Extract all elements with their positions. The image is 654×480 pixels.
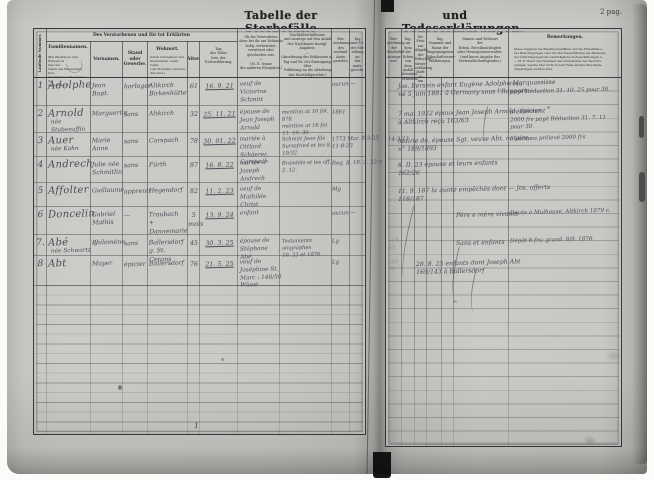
cell-court-note: aucun — bbox=[332, 209, 384, 218]
cell-surname: Andrech bbox=[48, 157, 94, 172]
paper-speck bbox=[118, 385, 122, 390]
header-divider bbox=[426, 29, 427, 77]
paper-stain bbox=[605, 350, 623, 362]
cell-age: 78 bbox=[188, 137, 200, 146]
cell-firstname: Julie née Schmitlin bbox=[92, 161, 124, 179]
cell-residence: Hegendorf bbox=[149, 186, 189, 195]
right-entry-row-5: 11. 9. 187 la quote empêchés dont — Jos.… bbox=[386, 182, 621, 206]
paper-speck bbox=[221, 358, 224, 361]
cell-occupation: — bbox=[124, 212, 149, 221]
column-header-nachlass: Nachlaßverhältnisse und sonstige auf den… bbox=[281, 33, 334, 77]
header-divider bbox=[508, 29, 509, 77]
binding-clip-bottom bbox=[373, 452, 391, 478]
cell-residence: Ballersdorf bbox=[149, 259, 189, 268]
cell-row-number: 1 bbox=[35, 80, 46, 92]
column-header-erklaerungen: Tag, Nummer und Name der eingegangenen E… bbox=[427, 37, 453, 64]
cell-marital-status: enfant bbox=[240, 209, 284, 218]
cell-register-date: 117 93 bbox=[388, 237, 446, 253]
header-divider bbox=[90, 41, 91, 77]
cell-surname: Adolphe bbox=[48, 78, 94, 93]
cell-death-date: 13. 9. 24 bbox=[201, 210, 238, 220]
header-divider bbox=[122, 41, 123, 77]
cell-remark: reçu payé Réduction 31. 10. 25 pour 30. bbox=[510, 78, 620, 96]
cell-row-number: 8 bbox=[35, 258, 46, 270]
entry-row-7: 7. Abé née Schwartz Philomène sans Balle… bbox=[34, 234, 365, 256]
cell-estate-note: Brandels et les off. 2. 12. bbox=[282, 159, 334, 174]
cell-occupation: sans bbox=[124, 111, 149, 120]
column-header-amtsgericht: Bez- zeichnung des zuständ. Amts- gerich… bbox=[333, 37, 349, 64]
cell-firstname: Mayer bbox=[92, 260, 124, 269]
cell-residence: Traubach + Dannemarie bbox=[149, 210, 190, 236]
cell-court-note: 1773 Mar. 8-3-23 11-8-23 bbox=[332, 135, 384, 151]
cell-firstname: Jean Bapt. bbox=[92, 82, 124, 100]
cell-heirs: 28. 8. 25 enfants dont Joseph Abt 169/14… bbox=[416, 255, 642, 278]
cell-court-note: 1861 bbox=[332, 108, 384, 117]
column-header-anzeige: Bez- zeichnung der Sterbefall- anzeige u… bbox=[387, 37, 401, 64]
stray-handwritten-mark: 1 bbox=[194, 421, 199, 432]
cell-death-date: 11. 2. 23 bbox=[201, 186, 238, 196]
cell-death-date: 30. 3. 25 bbox=[201, 238, 238, 248]
column-header-familienstand: Ob die Verstorbene ohne bei ihr am Wohns… bbox=[239, 35, 283, 70]
cell-age: 87 bbox=[188, 161, 200, 170]
cell-estate-note: Schmitt Jean fils Surssfried et les 8. 1… bbox=[282, 135, 335, 157]
cell-heirs: 11. 9. 187 la quote empêchés dont — Jos.… bbox=[398, 182, 624, 205]
cell-remark: Décès à Mulhouse, Altkirch 1879 c. bbox=[510, 207, 620, 218]
cell-death-date: 21. 5. 25 bbox=[201, 259, 238, 269]
column-header-erben-namen: Namen und Wohnort der Erben, Bevollmächt… bbox=[455, 37, 505, 64]
column-header-vornamen: Vornamen. bbox=[91, 57, 122, 63]
cell-marital-status: épouse de Jean Joseph Arnold bbox=[240, 108, 285, 133]
cell-court-note: Mg bbox=[332, 185, 384, 194]
cell-residence: Carspach bbox=[149, 136, 189, 145]
column-header-bemerkungen-note: Diese Angaben bei Beteiligungsfällen und… bbox=[514, 47, 616, 71]
right-entry-row-1: Jos. Bersein enfant Eugène Adolphe Marqu… bbox=[386, 77, 621, 105]
entry-row-5: 5 Affolter Guillaume apprenti Hegendorf … bbox=[34, 182, 365, 207]
column-header-alter: Alter. bbox=[187, 57, 199, 63]
cell-occupation: épicier bbox=[124, 261, 149, 270]
cell-court-note: Lg bbox=[332, 237, 384, 246]
cell-occupation: sans bbox=[124, 240, 149, 249]
cell-court-note: Lg bbox=[332, 258, 384, 267]
cell-occupation: sans bbox=[124, 162, 149, 171]
column-header-wohnort-note: (Nach Ortsnamen und Kreisnamen, wenn bei… bbox=[150, 55, 186, 75]
cell-death-date: 30. 01. 22 bbox=[201, 136, 238, 146]
header-divider bbox=[279, 29, 280, 77]
header-divider bbox=[349, 29, 350, 77]
scanned-register-page: Tabelle der Sterbefälle und Todeserkläru… bbox=[0, 0, 654, 480]
entry-row-6: 6 Doncelin Gabriel Mathis — Traubach + D… bbox=[34, 206, 365, 235]
group-header-rule bbox=[46, 41, 237, 42]
right-table-header: Bez- zeichnung der Sterbefall- anzeige u… bbox=[386, 29, 621, 78]
column-header-kenntnis: Tag, an dem die Erben von dem Anfall Ken… bbox=[402, 37, 414, 81]
cell-surname-note: née Kahn bbox=[51, 145, 95, 154]
cell-row-number: 3 bbox=[35, 135, 46, 147]
header-divider bbox=[453, 29, 454, 77]
right-entry-row-3: 14-3-23 Mairie de, épouse Sgt. veuve Abt… bbox=[386, 132, 621, 156]
cell-firstname: Marguerite bbox=[92, 110, 124, 119]
page-number: 2 pag. bbox=[600, 8, 622, 16]
cell-age: 82 bbox=[188, 187, 200, 196]
entry-row-4: 4 Andrech Julie née Schmitlin sans Fürth… bbox=[34, 156, 365, 183]
cell-death-date: 25. 11. 21 bbox=[201, 109, 238, 119]
entry-row-1: 1 Adolphe Jean Bapt. horloger Altkirch B… bbox=[34, 77, 365, 106]
paper-stain bbox=[583, 436, 597, 445]
cell-occupation: sans bbox=[124, 138, 149, 147]
header-divider bbox=[147, 41, 148, 77]
book-spread: Tabelle der Sterbefälle und Todeserkläru… bbox=[7, 0, 647, 474]
cell-marital-status: mariée à Joseph Andrech bbox=[240, 159, 285, 184]
entry-row-8: 8 Abt Mayer épicier Ballersdorf 76 21. 5… bbox=[34, 255, 365, 286]
binding-mark bbox=[639, 116, 644, 138]
left-table-header: Laufende Nummer. Des Verstorbenen und fü… bbox=[34, 29, 365, 78]
cell-row-number: 7. bbox=[35, 237, 46, 249]
cell-age: 76 bbox=[188, 260, 200, 269]
header-divider bbox=[401, 29, 402, 77]
cell-death-date: 16. 9. 21 bbox=[201, 81, 238, 91]
cell-surname: Abt bbox=[48, 256, 94, 271]
column-header-laufende-nummer: Laufende Nummer. bbox=[38, 31, 42, 75]
cell-age: 45 bbox=[188, 239, 200, 248]
empty-row-ruling bbox=[36, 285, 363, 433]
column-header-familiennamen: Familiennamen. bbox=[47, 45, 89, 51]
left-page-table: Laufende Nummer. Des Verstorbenen und fü… bbox=[33, 28, 366, 435]
cell-row-number: 2 bbox=[35, 108, 46, 120]
column-header-mitteilung: Tag und Nr. der Mit- teilung an das Amts… bbox=[350, 37, 365, 72]
header-divider bbox=[46, 29, 47, 77]
cell-row-number: 6 bbox=[35, 209, 46, 221]
cell-death-date: 16. 8. 22 bbox=[201, 160, 238, 170]
cell-age: 32 bbox=[188, 110, 200, 119]
cell-firstname: Guillaume bbox=[92, 187, 124, 196]
cell-firstname: Marie Anne bbox=[92, 137, 124, 155]
paper-speck bbox=[94, 242, 97, 246]
header-divider bbox=[187, 41, 188, 77]
cell-heirs: 8. II. 23 épouse et leurs enfants 162/26 bbox=[398, 156, 624, 179]
cell-court-note: aucun — bbox=[332, 80, 384, 89]
header-divider bbox=[237, 29, 238, 77]
column-header-stand: Stand oder Gewerbe. bbox=[123, 51, 147, 68]
entry-row-2: 2 Arnold née Stubenaffin Marguerite sans… bbox=[34, 105, 365, 133]
right-entry-row-2: 7 mai 1922 époux Jean Joseph Arnold, épi… bbox=[386, 105, 621, 132]
cell-residence: Altkirch bbox=[149, 109, 189, 118]
header-divider bbox=[331, 29, 332, 77]
cell-surname: Affolter bbox=[48, 183, 94, 198]
right-page-table: Bez- zeichnung der Sterbefall- anzeige u… bbox=[385, 28, 622, 447]
page-stack-edge bbox=[632, 4, 647, 464]
cell-row-number: 4 bbox=[35, 159, 46, 171]
cell-remark: Dépôt 8 frs; grand. 8/9. 1876. bbox=[510, 235, 620, 246]
cell-occupation: horloger bbox=[124, 83, 149, 92]
right-entry-row-7: 117 93 Sans et enfants Dépôt 8 frs; gran… bbox=[386, 234, 621, 255]
cell-remark: prélèvement 2000 frs payé Réduction 31. … bbox=[510, 106, 621, 132]
right-entry-row-4: 8. II. 23 épouse et leurs enfants 162/26 bbox=[386, 156, 621, 182]
cell-marital-status: veuf de Joséphine St. Marc : 148/50 Wües… bbox=[240, 258, 285, 290]
column-header-todestag: Tag des Todes bzw. der Todeserklärung. bbox=[200, 47, 237, 65]
group-header-verstorbene: Des Verstorbenen und für tot Erklärten bbox=[46, 33, 237, 39]
column-header-wohnort: Wohnort. bbox=[148, 47, 187, 53]
cell-age: 61 bbox=[188, 82, 200, 91]
binding-mark bbox=[639, 172, 645, 202]
cell-residence: Altkirch Birkenhütte bbox=[149, 81, 189, 99]
cell-marital-status: veuf de Victorine Schmitt bbox=[240, 80, 285, 105]
entry-row-3: 3 Auer née Kahn Marie Anne sans Carspach… bbox=[34, 132, 365, 157]
cell-occupation: apprenti bbox=[124, 188, 149, 197]
cell-surname: Doncelin bbox=[48, 207, 94, 222]
header-divider bbox=[414, 29, 415, 77]
right-entry-row-8: 143 86 28. 8. 25 enfants dont Joseph Abt… bbox=[386, 255, 621, 285]
cell-residence: Fürth bbox=[149, 160, 189, 169]
paper-speck bbox=[547, 106, 550, 109]
paper-speck bbox=[453, 300, 457, 303]
cell-firstname: Gabriel Mathis bbox=[92, 211, 124, 229]
cell-age: 5 mois bbox=[188, 211, 200, 229]
cell-court-note: Reg. 8. 19. 2. 23 n bbox=[332, 159, 384, 168]
binding-clip-top bbox=[381, 0, 394, 12]
column-header-bemerkungen: Bemerkungen. bbox=[510, 35, 620, 41]
cell-row-number: 5 bbox=[35, 185, 46, 197]
header-divider bbox=[199, 41, 200, 77]
